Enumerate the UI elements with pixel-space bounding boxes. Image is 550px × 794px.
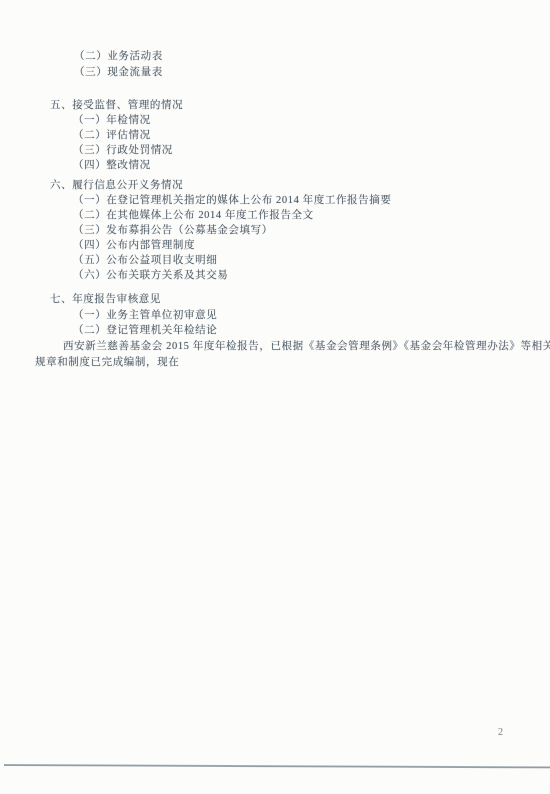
- section-item: （四）公布内部管理制度: [73, 239, 195, 253]
- section-heading-annual-report-review: 七、年度报告审核意见: [50, 293, 161, 307]
- toc-item-business-activity-table: （二）业务活动表: [74, 50, 163, 64]
- section-item: （一）年检情况: [73, 114, 151, 128]
- section-item: （三）行政处罚情况: [73, 144, 173, 158]
- toc-item-cash-flow-table: （三）现金流量表: [74, 66, 163, 80]
- section-item: （二）在其他媒体上公布 2014 年度工作报告全文: [73, 209, 314, 223]
- section-item: （五）公布公益项目收支明细: [73, 254, 217, 268]
- section-item: （一）业务主管单位初审意见: [73, 309, 217, 323]
- scanned-document-page: （二）业务活动表 （三）现金流量表 五、接受监督、管理的情况 （一）年检情况 （…: [0, 0, 550, 794]
- section-item: （一）在登记管理机关指定的媒体上公布 2014 年度工作报告摘要: [73, 194, 391, 208]
- section-item: （六）公布关联方关系及其交易: [73, 269, 228, 283]
- page-number: 2: [498, 727, 503, 739]
- closing-paragraph-line: 规章和制度已完成编制，现在: [35, 356, 179, 370]
- section-item: （三）发布募捐公告（公募基金会填写）: [73, 224, 273, 238]
- section-item: （二）评估情况: [73, 129, 151, 143]
- section-item: （二）登记管理机关年检结论: [73, 324, 217, 338]
- section-heading-supervision: 五、接受监督、管理的情况: [50, 99, 183, 113]
- closing-paragraph-line: 西安新兰慈善基金会 2015 年度年检报告，已根据《基金会管理条例》《基金会年检…: [63, 340, 550, 354]
- section-item: （四）整改情况: [73, 159, 151, 173]
- section-heading-information-disclosure: 六、履行信息公开义务情况: [50, 179, 183, 193]
- page-bottom-rule: [4, 764, 550, 768]
